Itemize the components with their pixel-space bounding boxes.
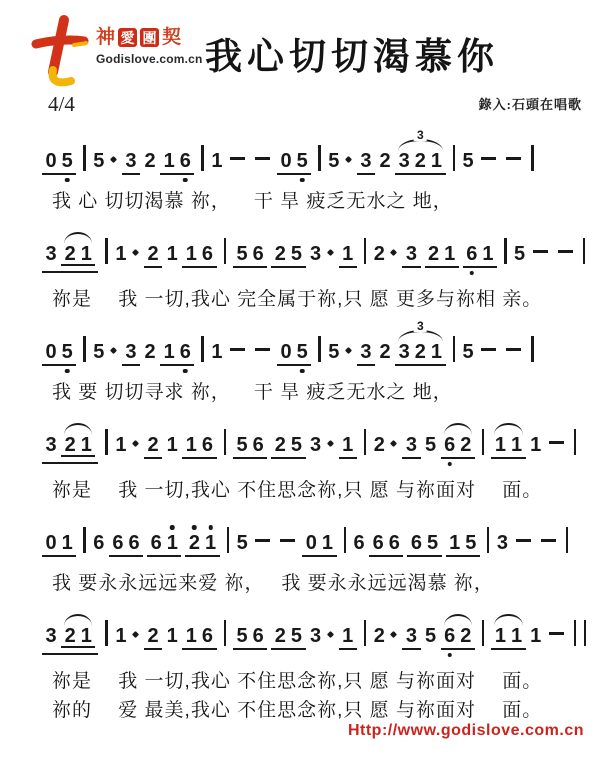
note: 2 <box>380 151 391 171</box>
lyrics-row: 祢的 爱 最美,我心 不住思念祢,只 愿 与祢面对 面。 <box>40 696 600 725</box>
note: 2 <box>415 342 426 362</box>
barline <box>201 145 204 171</box>
note: 6 <box>411 533 422 553</box>
duration-dash <box>255 539 270 542</box>
beam-group: 62 <box>441 626 475 650</box>
note: 2 <box>275 244 286 264</box>
note: 1 <box>81 244 92 264</box>
augmentation-dot <box>327 631 334 638</box>
note: 1 <box>186 244 197 264</box>
note: 1 <box>495 626 506 646</box>
high-octave-dot <box>192 525 197 530</box>
note: 5 <box>297 151 308 171</box>
beam-group: 3321 <box>395 342 445 366</box>
note: 5 <box>291 244 302 264</box>
lyrics-row: 我 要 切切寻求 祢， 干 旱 疲乏无水之 地， <box>40 378 600 407</box>
note: 2 <box>145 151 156 171</box>
note: 2 <box>145 342 156 362</box>
note: 3 <box>310 435 321 455</box>
note: 2 <box>275 626 286 646</box>
note: 1 <box>511 626 522 646</box>
note: 1 <box>530 435 541 455</box>
barline <box>482 620 485 646</box>
beam-group: 21 <box>61 626 95 648</box>
notation-row: 01666612150166665153 <box>40 506 600 569</box>
brand-stamp-tuan: 團 <box>140 28 159 47</box>
beam-group: 3 <box>122 342 140 366</box>
note: 2 <box>65 244 76 264</box>
barline <box>224 620 227 646</box>
note: 6 <box>180 151 191 171</box>
note: 6 <box>129 533 140 553</box>
note: 1 <box>167 533 178 553</box>
barline <box>105 238 108 264</box>
brand-url: Godislove.com.cn <box>96 52 203 66</box>
beam-group: 3 <box>357 151 375 175</box>
duration-dash <box>558 250 573 253</box>
note: 1 <box>186 626 197 646</box>
logo: 神 愛 團 契 Godislove.com.cn <box>26 14 203 90</box>
barline <box>453 336 456 362</box>
note: 6 <box>180 342 191 362</box>
beam-group: 05 <box>277 151 311 175</box>
note: 2 <box>189 533 200 553</box>
beam-group: 25 <box>271 244 305 268</box>
beam-group: 16 <box>160 151 194 175</box>
brand-text: 神 愛 團 契 Godislove.com.cn <box>96 28 203 66</box>
beam-group: 11 <box>491 626 525 650</box>
beam-group: 56 <box>233 626 267 650</box>
notation-row: 055321610553233215 <box>40 315 600 378</box>
lyrics-row: 我 心 切切渴慕 祢， 干 旱 疲乏无水之 地， <box>40 187 600 216</box>
beam-group: 321 <box>42 626 98 655</box>
barline <box>83 145 86 171</box>
barline <box>318 336 321 362</box>
note: 2 <box>148 244 159 264</box>
score-line: 01666612150166665153我 要永永远远来爱 祢， 我 要永永远远… <box>0 506 600 598</box>
beam-group: 25 <box>271 435 305 459</box>
beam-group: 11 <box>491 435 525 459</box>
note: 6 <box>253 626 264 646</box>
beam-group: 25 <box>271 626 305 650</box>
note: 2 <box>428 244 439 264</box>
note: 1 <box>205 533 216 553</box>
note: 3 <box>406 244 417 264</box>
beam-group: 66 <box>109 533 143 557</box>
note: 1 <box>495 435 506 455</box>
barline <box>227 527 230 553</box>
barline <box>531 145 534 171</box>
beam-group: 3 <box>402 626 420 650</box>
duration-dash <box>255 348 270 351</box>
note: 1 <box>115 435 126 455</box>
notation-row: 3211211656253123562111 <box>40 408 600 476</box>
brand-chars: 神 愛 團 契 <box>96 28 203 47</box>
note: 2 <box>374 435 385 455</box>
note: 3 <box>406 435 417 455</box>
augmentation-dot <box>390 631 397 638</box>
note: 5 <box>93 342 104 362</box>
low-octave-dot <box>65 178 70 183</box>
barline <box>487 527 490 553</box>
note: 6 <box>202 435 213 455</box>
beam-group: 56 <box>233 435 267 459</box>
beam-group: 16 <box>160 342 194 366</box>
augmentation-dot <box>345 347 352 354</box>
note: 0 <box>306 533 317 553</box>
beam-group: 56 <box>233 244 267 268</box>
cross-icon <box>26 14 90 90</box>
note: 2 <box>415 151 426 171</box>
note: 6 <box>253 244 264 264</box>
note: 1 <box>342 244 353 264</box>
note: 6 <box>444 626 455 646</box>
low-octave-dot <box>447 462 452 467</box>
note: 1 <box>211 342 222 362</box>
note: 0 <box>46 533 57 553</box>
augmentation-dot <box>132 631 139 638</box>
low-octave-dot <box>300 369 305 374</box>
high-octave-dot <box>208 525 213 530</box>
beam-group: 3 <box>402 435 420 459</box>
beam-group: 01 <box>302 533 336 557</box>
note: 2 <box>460 435 471 455</box>
low-octave-dot <box>470 271 475 276</box>
note: 3 <box>125 151 136 171</box>
note: 5 <box>62 151 73 171</box>
high-octave-dot <box>170 525 175 530</box>
beam-group: 21 <box>185 533 219 557</box>
credit: 錄入:石頭在唱歌 <box>479 94 582 113</box>
beam-group: 3 <box>357 342 375 366</box>
notation-row: 055321610553233215 <box>40 124 600 187</box>
barline <box>453 145 456 171</box>
note: 3 <box>360 342 371 362</box>
beam-group: 1 <box>339 626 357 650</box>
note: 1 <box>81 435 92 455</box>
note: 5 <box>425 626 436 646</box>
notation-row: 321121165625312321615 <box>40 217 600 285</box>
beam-group: 62 <box>441 435 475 459</box>
note: 1 <box>164 151 175 171</box>
note: 3 <box>399 342 410 362</box>
note: 5 <box>297 342 308 362</box>
beam-group: 2 <box>144 435 162 459</box>
notation-row: 3211211656253123562111 <box>40 599 600 667</box>
barline <box>531 336 534 362</box>
note: 2 <box>65 626 76 646</box>
beam-group: 16 <box>182 626 216 650</box>
note: 6 <box>466 244 477 264</box>
brand-char-shen: 神 <box>96 28 115 47</box>
low-octave-dot <box>447 653 452 658</box>
barline <box>583 238 586 264</box>
note: 1 <box>211 151 222 171</box>
beam-group: 01 <box>42 533 76 557</box>
tuplet-label: 3 <box>414 129 427 141</box>
note: 5 <box>463 151 474 171</box>
note: 5 <box>237 626 248 646</box>
note: 1 <box>115 626 126 646</box>
score-line: 3211211656253123562111祢是 我 一切,我心 不住思念祢,只… <box>0 599 600 725</box>
note: 1 <box>342 626 353 646</box>
note: 5 <box>328 342 339 362</box>
note: 5 <box>237 533 248 553</box>
note: 5 <box>463 342 474 362</box>
note: 5 <box>465 533 476 553</box>
low-octave-dot <box>65 369 70 374</box>
barline <box>201 336 204 362</box>
augmentation-dot <box>327 440 334 447</box>
beam-group: 66 <box>369 533 403 557</box>
duration-dash <box>481 157 496 160</box>
note: 1 <box>164 342 175 362</box>
note: 1 <box>342 435 353 455</box>
barline <box>364 620 367 646</box>
note: 5 <box>291 626 302 646</box>
score-line: 055321610553233215我 心 切切渴慕 祢， 干 旱 疲乏无水之 … <box>0 124 600 216</box>
note: 5 <box>291 435 302 455</box>
note: 6 <box>202 626 213 646</box>
lyrics-row: 祢是 我 一切,我心 完全属于祢,只 愿 更多与祢相 亲。 <box>40 285 600 314</box>
augmentation-dot <box>132 440 139 447</box>
duration-dash <box>481 348 496 351</box>
low-octave-dot <box>300 178 305 183</box>
score-line: 321121165625312321615祢是 我 一切,我心 完全属于祢,只 … <box>0 217 600 314</box>
beam-group: 2 <box>144 244 162 268</box>
augmentation-dot <box>110 156 117 163</box>
barline <box>83 527 86 553</box>
beam-group: 05 <box>277 342 311 366</box>
note: 1 <box>186 435 197 455</box>
note: 3 <box>399 151 410 171</box>
note: 1 <box>482 244 493 264</box>
beam-group: 21 <box>61 244 95 266</box>
barline <box>83 336 86 362</box>
duration-dash <box>541 539 556 542</box>
barline <box>224 238 227 264</box>
duration-dash <box>230 157 245 160</box>
barline <box>364 429 367 455</box>
note: 0 <box>281 151 292 171</box>
note: 3 <box>360 151 371 171</box>
note: 6 <box>202 244 213 264</box>
note: 1 <box>530 626 541 646</box>
note: 3 <box>46 435 57 455</box>
duration-dash <box>506 157 521 160</box>
note: 6 <box>253 435 264 455</box>
note: 2 <box>374 244 385 264</box>
score-line: 055321610553233215我 要 切切寻求 祢， 干 旱 疲乏无水之 … <box>0 315 600 407</box>
barline <box>504 238 507 264</box>
time-signature: 4/4 <box>48 92 75 117</box>
beam-group: 21 <box>61 435 95 457</box>
note: 3 <box>406 626 417 646</box>
note: 2 <box>460 626 471 646</box>
beam-group: 1 <box>339 244 357 268</box>
beam-group: 21 <box>425 244 459 268</box>
beam-group: 15 <box>446 533 480 557</box>
beam-group: 61 <box>463 244 497 268</box>
barline <box>482 429 485 455</box>
note: 6 <box>112 533 123 553</box>
note: 1 <box>81 626 92 646</box>
barline <box>224 429 227 455</box>
lyrics-row: 祢是 我 一切,我心 不住思念祢,只 愿 与祢面对 面。 <box>40 476 600 505</box>
beam-group: 3 <box>402 244 420 268</box>
note: 2 <box>65 435 76 455</box>
note: 5 <box>237 435 248 455</box>
barline <box>318 145 321 171</box>
beam-group: 321 <box>42 244 98 273</box>
note: 3 <box>497 533 508 553</box>
note: 1 <box>444 244 455 264</box>
note: 5 <box>427 533 438 553</box>
duration-dash <box>280 539 295 542</box>
note: 1 <box>322 533 333 553</box>
note: 1 <box>431 151 442 171</box>
barline <box>105 620 108 646</box>
note: 2 <box>148 626 159 646</box>
beam-group: 05 <box>42 151 76 175</box>
beam-group: 321 <box>42 435 98 464</box>
score: 055321610553233215我 心 切切渴慕 祢， 干 旱 疲乏无水之 … <box>0 124 600 726</box>
beam-group: 3 <box>122 151 140 175</box>
barline <box>566 527 569 553</box>
duration-dash <box>549 441 564 444</box>
page-title: 我心切切渴慕你 <box>205 26 499 80</box>
note: 6 <box>444 435 455 455</box>
note: 1 <box>167 435 178 455</box>
note: 2 <box>380 342 391 362</box>
duration-dash <box>506 348 521 351</box>
note: 1 <box>449 533 460 553</box>
brand-char-qi: 契 <box>162 28 181 47</box>
note: 1 <box>62 533 73 553</box>
note: 5 <box>93 151 104 171</box>
augmentation-dot <box>390 440 397 447</box>
note: 0 <box>46 342 57 362</box>
beam-group: 16 <box>182 435 216 459</box>
footer-url[interactable]: Http://www.godislove.com.cn <box>348 722 584 740</box>
augmentation-dot <box>345 156 352 163</box>
barline <box>574 429 577 455</box>
beam-group: 61 <box>147 533 181 557</box>
barline <box>344 527 347 553</box>
note: 3 <box>125 342 136 362</box>
beam-group: 3321 <box>395 151 445 175</box>
lyrics-row: 祢是 我 一切,我心 不住思念祢,只 愿 与祢面对 面。 <box>40 667 600 696</box>
note: 5 <box>514 244 525 264</box>
augmentation-dot <box>327 249 334 256</box>
low-octave-dot <box>183 369 188 374</box>
augmentation-dot <box>132 249 139 256</box>
lyrics-row: 我 要永永远远来爱 祢， 我 要永永远远渴慕 祢， <box>40 569 600 598</box>
note: 3 <box>310 244 321 264</box>
final-barline <box>574 620 586 646</box>
duration-dash <box>549 632 564 635</box>
note: 6 <box>373 533 384 553</box>
note: 6 <box>151 533 162 553</box>
note: 1 <box>431 342 442 362</box>
augmentation-dot <box>110 347 117 354</box>
tuplet-label: 3 <box>414 320 427 332</box>
note: 2 <box>275 435 286 455</box>
note: 5 <box>62 342 73 362</box>
note: 3 <box>46 626 57 646</box>
duration-dash <box>230 348 245 351</box>
beam-group: 05 <box>42 342 76 366</box>
note: 1 <box>511 435 522 455</box>
barline <box>105 429 108 455</box>
note: 0 <box>46 151 57 171</box>
augmentation-dot <box>390 249 397 256</box>
duration-dash <box>516 539 531 542</box>
beam-group: 2 <box>144 626 162 650</box>
note: 1 <box>167 244 178 264</box>
note: 5 <box>328 151 339 171</box>
brand-stamp-ai: 愛 <box>118 28 137 47</box>
note: 1 <box>167 626 178 646</box>
note: 6 <box>389 533 400 553</box>
duration-dash <box>255 157 270 160</box>
note: 3 <box>310 626 321 646</box>
note: 2 <box>374 626 385 646</box>
note: 5 <box>237 244 248 264</box>
note: 0 <box>281 342 292 362</box>
beam-group: 65 <box>407 533 441 557</box>
note: 5 <box>425 435 436 455</box>
duration-dash <box>533 250 548 253</box>
barline <box>364 238 367 264</box>
score-line: 3211211656253123562111祢是 我 一切,我心 不住思念祢,只… <box>0 408 600 505</box>
note: 6 <box>354 533 365 553</box>
note: 1 <box>115 244 126 264</box>
beam-group: 16 <box>182 244 216 268</box>
note: 2 <box>148 435 159 455</box>
low-octave-dot <box>183 178 188 183</box>
note: 3 <box>46 244 57 264</box>
beam-group: 1 <box>339 435 357 459</box>
note: 6 <box>93 533 104 553</box>
